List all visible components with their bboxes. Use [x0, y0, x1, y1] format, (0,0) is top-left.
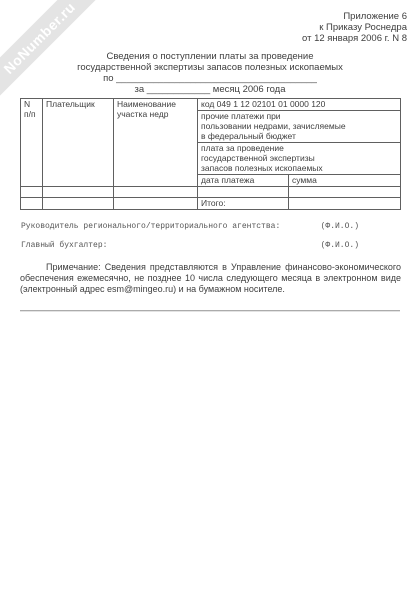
appendix-line-3: от 12 января 2006 г. N 8: [0, 33, 407, 44]
appendix-line-1: Приложение 6: [0, 11, 407, 22]
report-table: N п/п Плательщик Наименование участка не…: [20, 98, 401, 210]
table-header-row: N п/п Плательщик Наименование участка не…: [21, 99, 401, 111]
total-cell-site: [114, 198, 198, 210]
doc-title: Сведения о поступлении платы за проведен…: [0, 51, 420, 95]
kbk-code-cell: код 049 1 12 02101 01 0000 120: [198, 99, 401, 111]
col-header-num: N п/п: [21, 99, 43, 187]
col-header-date: дата платежа: [198, 175, 289, 187]
total-label-cell: Итого:: [198, 198, 289, 210]
col-header-payer: Плательщик: [43, 99, 114, 187]
empty-cell-num: [21, 187, 43, 198]
empty-cell-site: [114, 187, 198, 198]
signature-label: Главный бухгалтер:: [21, 241, 107, 250]
appendix-line-2: к Приказу Роснедра: [0, 22, 407, 33]
doc-title-line-2: государственной экспертизы запасов полез…: [0, 62, 420, 73]
empty-cell-payer: [43, 187, 114, 198]
blank-za-field: за ____________ месяц 2006 года: [0, 84, 420, 95]
col-header-sum: сумма: [289, 175, 401, 187]
empty-cell-sum: [289, 187, 401, 198]
total-cell-num: [21, 198, 43, 210]
signature-fio: (Ф.И.О.): [321, 222, 359, 231]
table-row: [21, 187, 401, 198]
total-row: Итого:: [21, 198, 401, 210]
doc-title-line-1: Сведения о поступлении платы за проведен…: [0, 51, 420, 62]
payment-purpose-cell: плата за проведение государственной эксп…: [198, 143, 401, 175]
bottom-divider: [20, 310, 400, 312]
note-paragraph: Примечание: Сведения представляются в Уп…: [20, 262, 401, 295]
appendix-header: Приложение 6 к Приказу Роснедра от 12 ян…: [0, 0, 420, 44]
signature-fio: (Ф.И.О.): [321, 241, 359, 250]
col-header-site: Наименование участка недр: [114, 99, 198, 187]
signature-label: Руководитель регионального/территориальн…: [21, 222, 280, 231]
payment-type-cell: прочие платежи при пользовании недрами, …: [198, 111, 401, 143]
total-sum-cell: [289, 198, 401, 210]
empty-cell-date: [198, 187, 289, 198]
blank-po-field: по _____________________________________…: [0, 73, 420, 84]
signature-row-accountant: Главный бухгалтер: (Ф.И.О.): [21, 241, 359, 250]
signature-row-director: Руководитель регионального/территориальн…: [21, 222, 359, 231]
total-cell-payer: [43, 198, 114, 210]
